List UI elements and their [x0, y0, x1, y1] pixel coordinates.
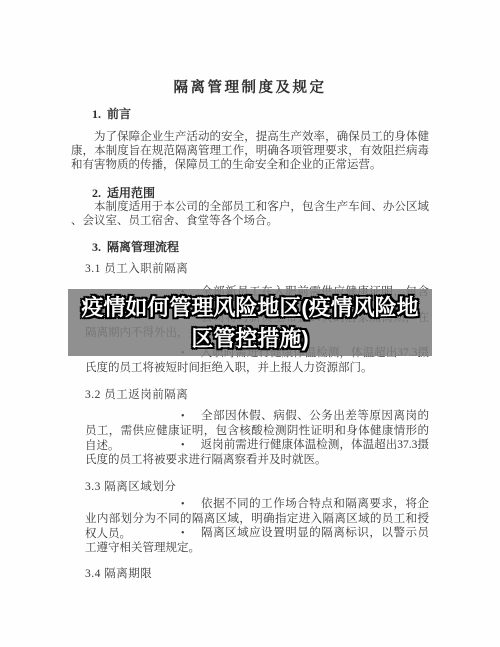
paragraph-scope: 本制度适用于本公司的全部员工和客户，包含生产车间、办公区域、会议室、员工宿舍、食… [71, 200, 429, 228]
watermark-overlay-title: 疫情如何管理风险地区(疫情风险地 区管控措施) [55, 292, 445, 354]
bullet-item: •返岗前需进行健康体温检测，体温超出37.3摄氏度的员工将被要求进行隔离察看并及… [85, 438, 429, 468]
bullet-marker: • [133, 410, 185, 425]
overlay-title-line-2: 区管控措施) [55, 323, 445, 354]
bullet-marker: • [133, 498, 185, 513]
section-heading-process: 3. 隔离管理流程 [92, 238, 179, 255]
paragraph-foreword: 为了保障企业生产活动的安全，提高生产效率，确保员工的身体健康，本制度旨在规范隔离… [71, 130, 429, 172]
subsection-heading-3-3: 3.3 隔离区域划分 [85, 478, 176, 494]
document-page: 隔离管理制度及规定 1. 前言 为了保障企业生产活动的安全，提高生产效率，确保员… [0, 0, 500, 647]
subsection-heading-3-2: 3.2 员工返岗前隔离 [85, 386, 188, 402]
subsection-heading-3-4: 3.4 隔离期限 [85, 565, 152, 581]
section-heading-scope: 2. 适用范围 [92, 184, 155, 201]
subsection-heading-3-1: 3.1 员工入职前隔离 [85, 260, 188, 276]
document-title: 隔离管理制度及规定 [0, 76, 500, 97]
bullet-item: •隔离区域应设置明显的隔离标识，以警示员工遵守相关管理规定。 [85, 526, 429, 556]
overlay-title-line-1: 疫情如何管理风险地区(疫情风险地 [55, 292, 445, 323]
bullet-marker: • [133, 439, 185, 454]
bullet-marker: • [133, 527, 185, 542]
section-heading-foreword: 1. 前言 [92, 105, 131, 122]
